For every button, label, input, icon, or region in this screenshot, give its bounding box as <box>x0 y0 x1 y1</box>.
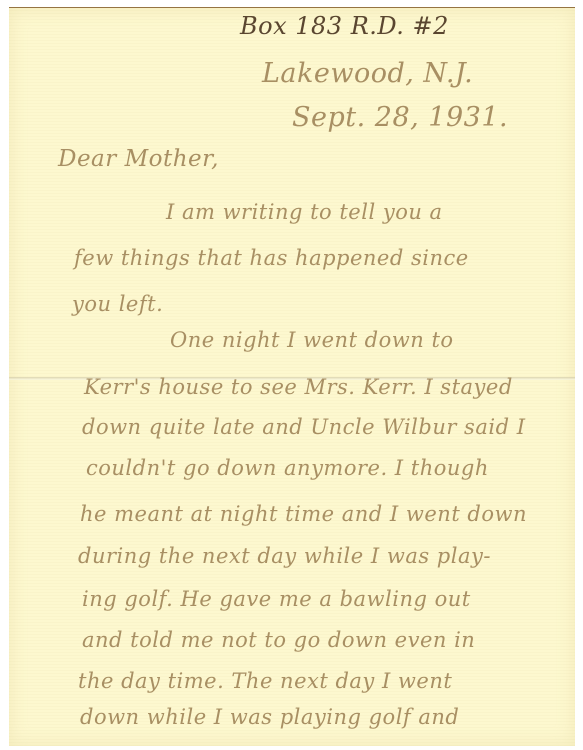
body-line: few things that has happened since <box>74 246 469 270</box>
body-line: during the next day while I was play- <box>78 544 491 568</box>
body-line: One night I went down to <box>170 328 454 352</box>
body-line: and told me not to go down even in <box>82 628 475 652</box>
header-address: Box 183 R.D. #2 <box>240 12 449 40</box>
header-city: Lakewood, N.J. <box>262 58 473 89</box>
salutation: Dear Mother, <box>58 146 219 172</box>
body-line: the day time. The next day I went <box>78 669 452 693</box>
body-line: you left. <box>72 292 163 316</box>
body-line: ing golf. He gave me a bawling out <box>82 587 471 611</box>
body-line: he meant at night time and I went down <box>80 502 527 526</box>
body-line: couldn't go down anymore. I though <box>86 456 489 480</box>
body-line: I am writing to tell you a <box>166 200 443 224</box>
body-line: down quite late and Uncle Wilbur said I <box>82 415 526 439</box>
body-line: Kerr's house to see Mrs. Kerr. I stayed <box>84 375 513 399</box>
header-date: Sept. 28, 1931. <box>292 102 508 133</box>
body-line: down while I was playing golf and <box>80 705 459 729</box>
